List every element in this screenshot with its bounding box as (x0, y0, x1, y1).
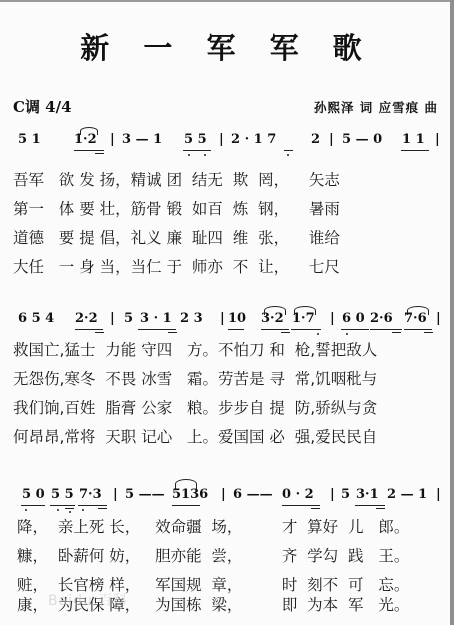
note-group: 2·6 (370, 311, 393, 326)
beam-line (370, 329, 402, 330)
note-group: 5 (341, 487, 350, 502)
low-octave-dot (317, 333, 319, 335)
beam-line (376, 508, 385, 509)
note-group: 2 · 1 7 (231, 132, 276, 147)
beam-line (341, 329, 369, 330)
beam-line (355, 505, 385, 506)
note-group: 6 5 4 (18, 311, 54, 326)
beam-line (284, 150, 293, 151)
note-group: 3 · 1 (140, 311, 172, 326)
note-group: 2·2 (75, 311, 98, 326)
beam-line (404, 329, 432, 330)
beam-line (401, 150, 429, 151)
low-octave-dot (287, 154, 289, 156)
note-group: 5 5 (51, 487, 74, 502)
barline: | (221, 487, 226, 502)
low-octave-dot (204, 154, 206, 156)
low-octave-dot (57, 509, 59, 511)
lyric-verse-3: 道德 要 提 倡，礼义 廉 耻四 维 张， 谁给 (13, 226, 340, 248)
credits: 孙熙泽 词 应雪痕 曲 (314, 98, 438, 116)
note-group: 5 —— (125, 487, 165, 502)
song-title: 新 一 军 军 歌 (0, 26, 454, 67)
beam-line (138, 329, 176, 330)
beam-line (95, 332, 104, 333)
barline: | (436, 311, 441, 326)
barline: | (330, 487, 335, 502)
beam-line (183, 150, 211, 151)
note-group: 5 0 (22, 487, 45, 502)
lyric-verse-2: 第一 体 要 壮，筋骨 锻 如百 炼 钢， 暑雨 (13, 197, 340, 219)
note-group: 3 — 1 (122, 132, 162, 147)
barline: | (219, 132, 224, 147)
note-group: 5 1 (18, 132, 41, 147)
beam-line (95, 153, 104, 154)
lyric-verse-4: 大任 一 身 当，当仁 于 师亦 不 让， 七尺 (13, 255, 340, 277)
note-group: 6 —— (233, 487, 273, 502)
note-group: 10 (228, 311, 246, 326)
beam-line (172, 505, 200, 506)
lyric-verse-2: 无怨伤,寒冬 不畏 冰雪 霜。劳苦是 寻 常,饥咽秕与 (13, 367, 377, 389)
beam-line (392, 332, 401, 333)
note-group: 5 5 (184, 132, 207, 147)
beam-line (65, 508, 74, 509)
beam-line (168, 332, 177, 333)
low-octave-dot (25, 509, 27, 511)
beam-line (261, 329, 289, 330)
barline: | (110, 132, 115, 147)
low-octave-dot (346, 333, 348, 335)
low-octave-dot (82, 509, 84, 511)
lyric-verse-1: 救国亡,猛士 力能 守四 方。不怕刀 和 枪,誓把敌人 (13, 338, 377, 360)
beam-line (291, 329, 321, 330)
note-group: 3·1 (356, 487, 379, 502)
beam-line (424, 332, 433, 333)
lyric-verse-4: 何昂昂,常将 天职 记心 上。爱国国 必 强,爱民民自 (13, 425, 377, 447)
beam-line (228, 329, 244, 330)
beam-line (311, 508, 320, 509)
note-group: 7·3 (79, 487, 102, 502)
beam-line (282, 505, 320, 506)
tie-arc (264, 306, 286, 315)
low-octave-dot (188, 154, 190, 156)
note-group: 5 — 0 (342, 132, 382, 147)
right-border (450, 0, 454, 625)
beam-line (75, 329, 103, 330)
tie-arc (407, 306, 429, 315)
note-group: 2 3 (180, 311, 203, 326)
barline: | (330, 311, 335, 326)
note-group: 2 — 1 (387, 487, 427, 502)
note-group: 2 (311, 132, 320, 147)
lyric-verse-2: 糠， 卧薪何 妨， 胆亦能 尝， 齐 学勾 践 王。 (17, 544, 409, 566)
watermark: Baidu 百科 (48, 590, 128, 610)
tie-arc (80, 127, 98, 135)
beam-line (74, 150, 104, 151)
note-group: 5 (124, 311, 133, 326)
key-signature: C调 4/4 (13, 96, 72, 117)
tie-arc (294, 306, 316, 315)
beam-line (281, 332, 290, 333)
lyric-verse-1: 降， 亲上死 长， 效命疆 场， 才 算好 儿 郎。 (17, 515, 409, 537)
barline: | (113, 487, 118, 502)
note-group: 5136 (172, 487, 208, 502)
barline: | (329, 132, 334, 147)
beam-line (98, 508, 107, 509)
barline: | (436, 487, 441, 502)
note-group: 1 1 (402, 132, 425, 147)
beam-line (50, 505, 75, 506)
tie-arc (175, 479, 197, 489)
low-octave-dot (69, 511, 71, 513)
beam-line (78, 505, 107, 506)
barline: | (435, 132, 440, 147)
beam-line (21, 505, 45, 506)
note-group: 0 · 2 (282, 487, 314, 502)
barline: | (220, 311, 225, 326)
note-group: 6 0 (342, 311, 365, 326)
barline: | (110, 311, 115, 326)
top-border (0, 0, 454, 2)
lyric-verse-1: 吾军 欲 发 扬，精诚 团 结无 欺 罔， 矢志 (13, 168, 340, 190)
lyric-verse-3: 我们饷,百姓 脂膏 公家 粮。步步自 提 防,骄纵与贪 (13, 396, 377, 418)
